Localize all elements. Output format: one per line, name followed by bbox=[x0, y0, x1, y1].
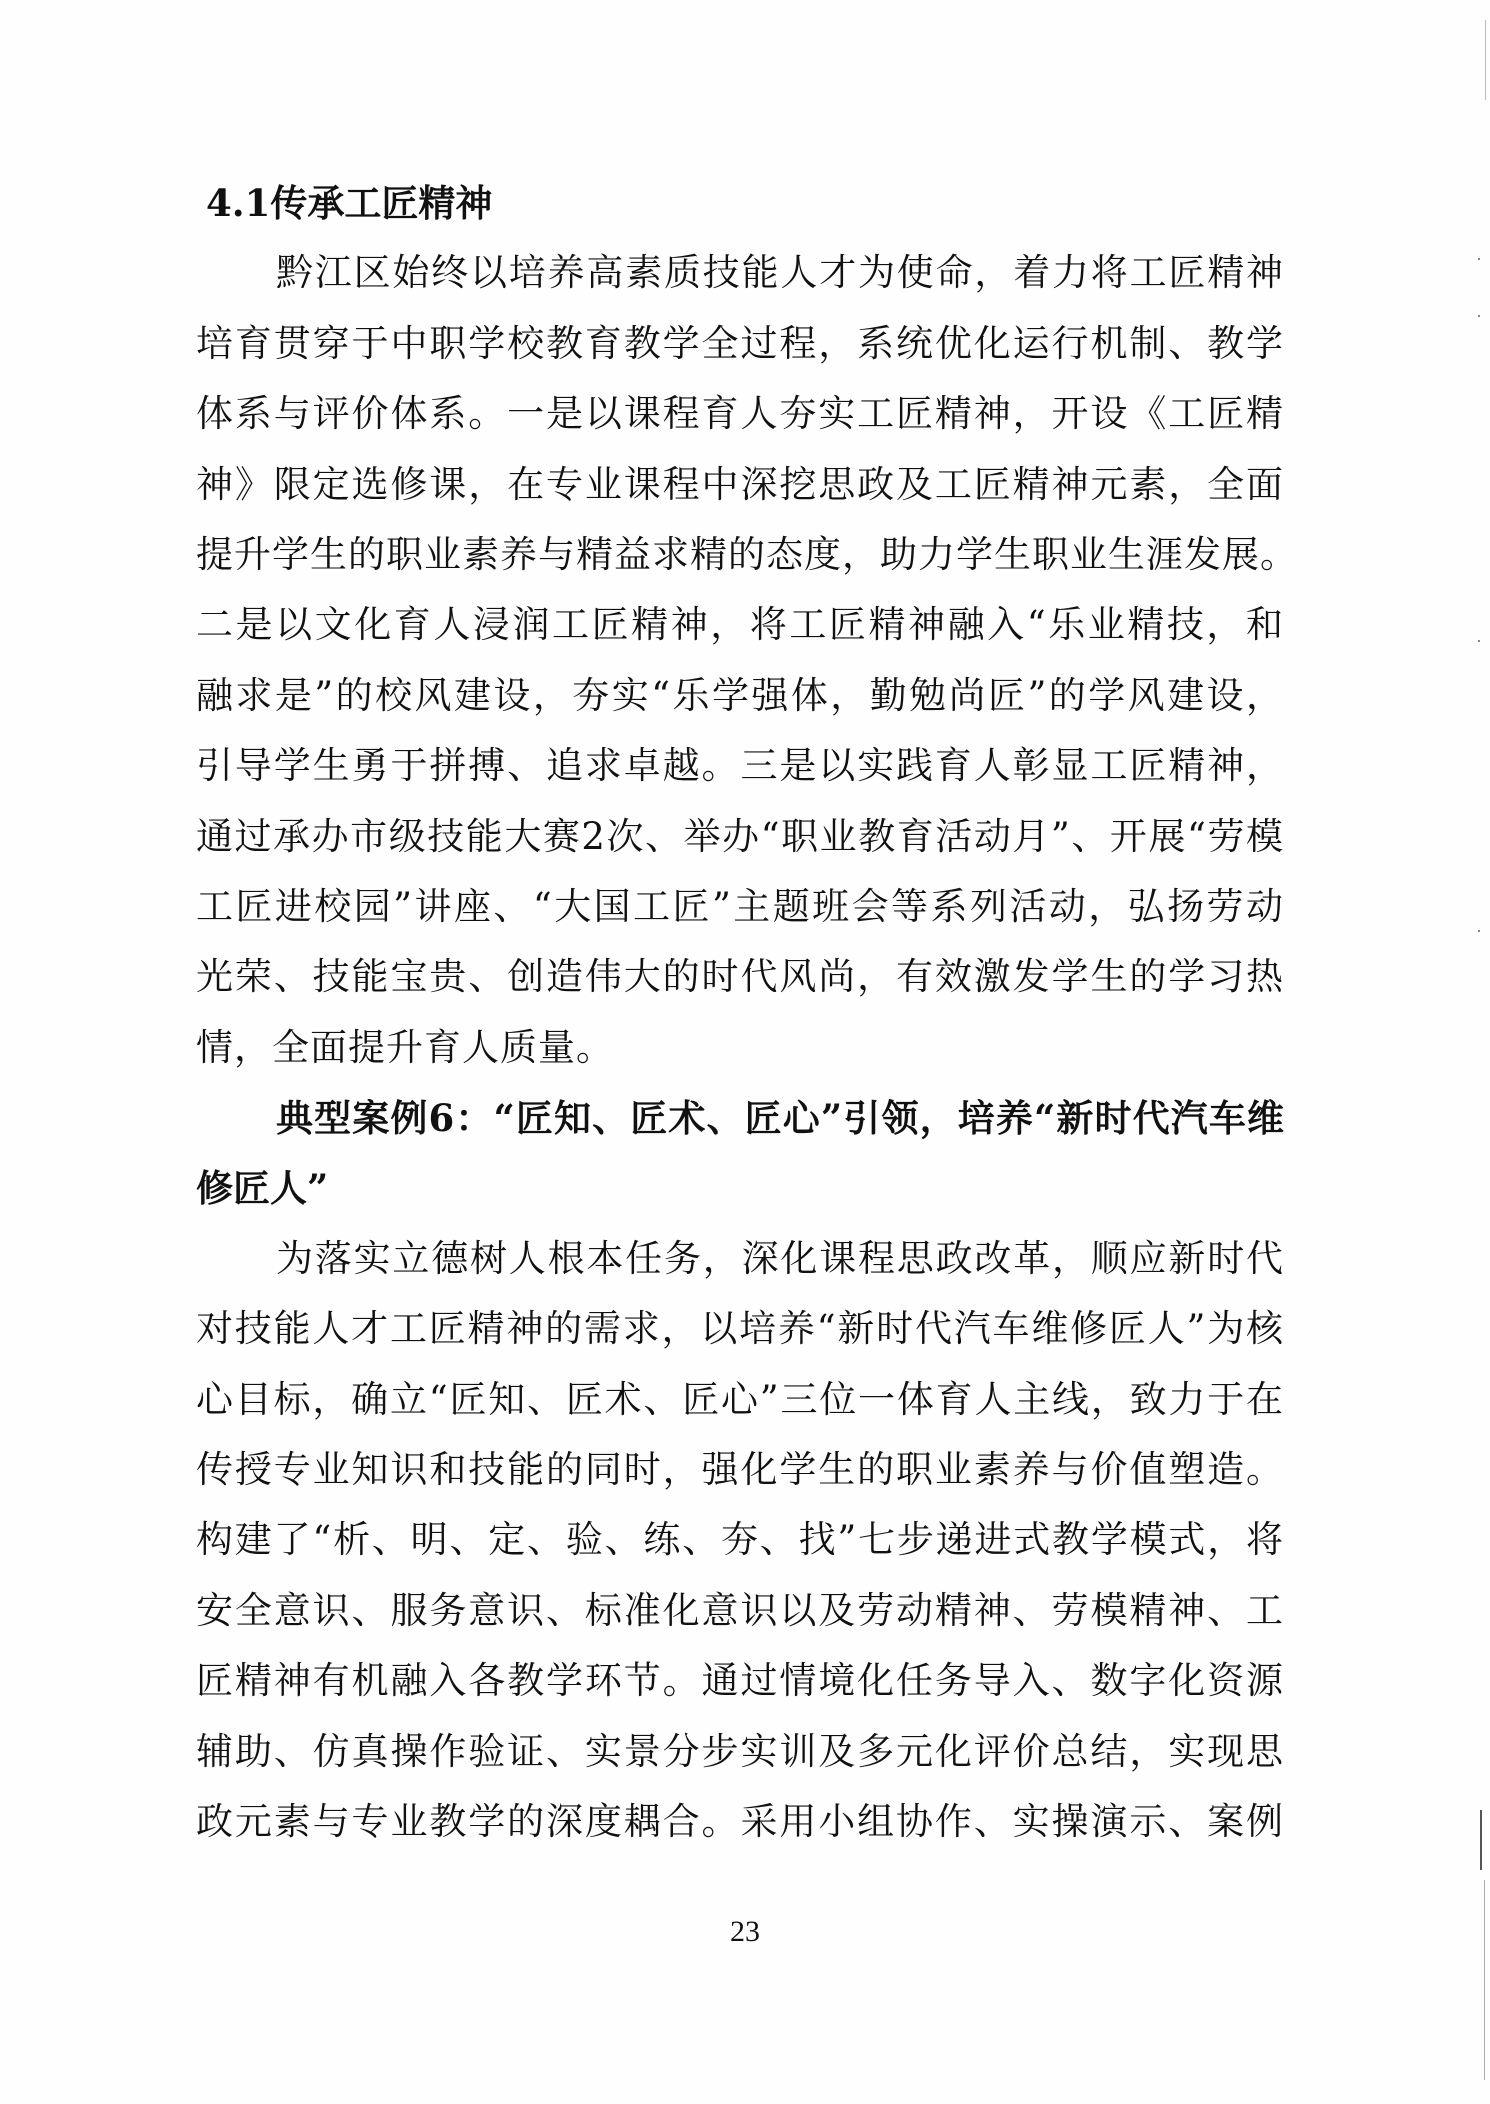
paragraph-line: 光荣、技能宝贵、创造伟大的时代风尚，有效激发学生的学习热 bbox=[196, 942, 1284, 1012]
paragraph-line: 心目标，确立“匠知、匠术、匠心”三位一体育人主线，致力于在 bbox=[196, 1365, 1284, 1435]
page-number: 23 bbox=[0, 1915, 1490, 1949]
paragraph-craftsman-spirit: 黔江区始终以培养高素质技能人才为使命，着力将工匠精神 培育贯穿于中职学校教育教学… bbox=[196, 238, 1284, 1083]
scan-speck bbox=[1478, 640, 1480, 642]
scan-speck bbox=[1485, 20, 1486, 100]
paragraph-line: 二是以文化育人浸润工匠精神，将工匠精神融入“乐业精技，和 bbox=[196, 590, 1284, 660]
paragraph-line: 通过承办市级技能大赛2次、举办“职业教育活动月”、开展“劳模 bbox=[196, 802, 1284, 872]
paragraph-line: 神》限定选修课，在专业课程中深挖思政及工匠精神元素，全面 bbox=[196, 450, 1284, 520]
paragraph-line: 培育贯穿于中职学校教育教学全过程，系统优化运行机制、教学 bbox=[196, 309, 1284, 379]
page-content: 4.1传承工匠精神 黔江区始终以培养高素质技能人才为使命，着力将工匠精神 培育贯… bbox=[196, 168, 1284, 1857]
paragraph-line: 辅助、仿真操作验证、实景分步实训及多元化评价总结，实现思 bbox=[196, 1717, 1284, 1787]
scan-speck bbox=[1478, 930, 1480, 932]
paragraph-line: 融求是”的校风建设，夯实“乐学强体，勤勉尚匠”的学风建设， bbox=[196, 661, 1284, 731]
section-heading: 4.1传承工匠精神 bbox=[196, 168, 1284, 238]
paragraph-line: 政元素与专业教学的深度耦合。采用小组协作、实操演示、案例 bbox=[196, 1787, 1284, 1857]
paragraph-line: 构建了“析、明、定、验、练、夯、找”七步递进式教学模式，将 bbox=[196, 1505, 1284, 1575]
paragraph-line: 黔江区始终以培养高素质技能人才为使命，着力将工匠精神 bbox=[196, 238, 1284, 308]
paragraph-case-study: 为落实立德树人根本任务，深化课程思政改革，顺应新时代 对技能人才工匠精神的需求，… bbox=[196, 1224, 1284, 1858]
paragraph-line: 安全意识、服务意识、标准化意识以及劳动精神、劳模精神、工 bbox=[196, 1576, 1284, 1646]
case-heading-line: 修匠人” bbox=[196, 1153, 1284, 1223]
scan-speck bbox=[1484, 1880, 1485, 2080]
case-heading: 典型案例6：“匠知、匠术、匠心”引领，培养“新时代汽车维 修匠人” bbox=[196, 1083, 1284, 1224]
paragraph-line: 传授专业知识和技能的同时，强化学生的职业素养与价值塑造。 bbox=[196, 1435, 1284, 1505]
paragraph-line: 体系与评价体系。一是以课程育人夯实工匠精神，开设《工匠精 bbox=[196, 379, 1284, 449]
scan-speck bbox=[1478, 258, 1480, 260]
paragraph-line: 提升学生的职业素养与精益求精的态度，助力学生职业生涯发展。 bbox=[196, 520, 1284, 590]
scan-speck bbox=[1478, 315, 1480, 317]
paragraph-line: 为落实立德树人根本任务，深化课程思政改革，顺应新时代 bbox=[196, 1224, 1284, 1294]
paragraph-line: 引导学生勇于拼搏、追求卓越。三是以实践育人彰显工匠精神， bbox=[196, 731, 1284, 801]
paragraph-line: 匠精神有机融入各教学环节。通过情境化任务导入、数字化资源 bbox=[196, 1646, 1284, 1716]
paragraph-line: 工匠进校园”讲座、“大国工匠”主题班会等系列活动，弘扬劳动 bbox=[196, 872, 1284, 942]
document-page: 4.1传承工匠精神 黔江区始终以培养高素质技能人才为使命，着力将工匠精神 培育贯… bbox=[0, 0, 1490, 2104]
paragraph-line: 情，全面提升育人质量。 bbox=[196, 1013, 1284, 1083]
case-heading-line: 典型案例6：“匠知、匠术、匠心”引领，培养“新时代汽车维 bbox=[196, 1083, 1284, 1153]
paragraph-line: 对技能人才工匠精神的需求，以培养“新时代汽车维修匠人”为核 bbox=[196, 1294, 1284, 1364]
scan-speck bbox=[1480, 1810, 1482, 1870]
